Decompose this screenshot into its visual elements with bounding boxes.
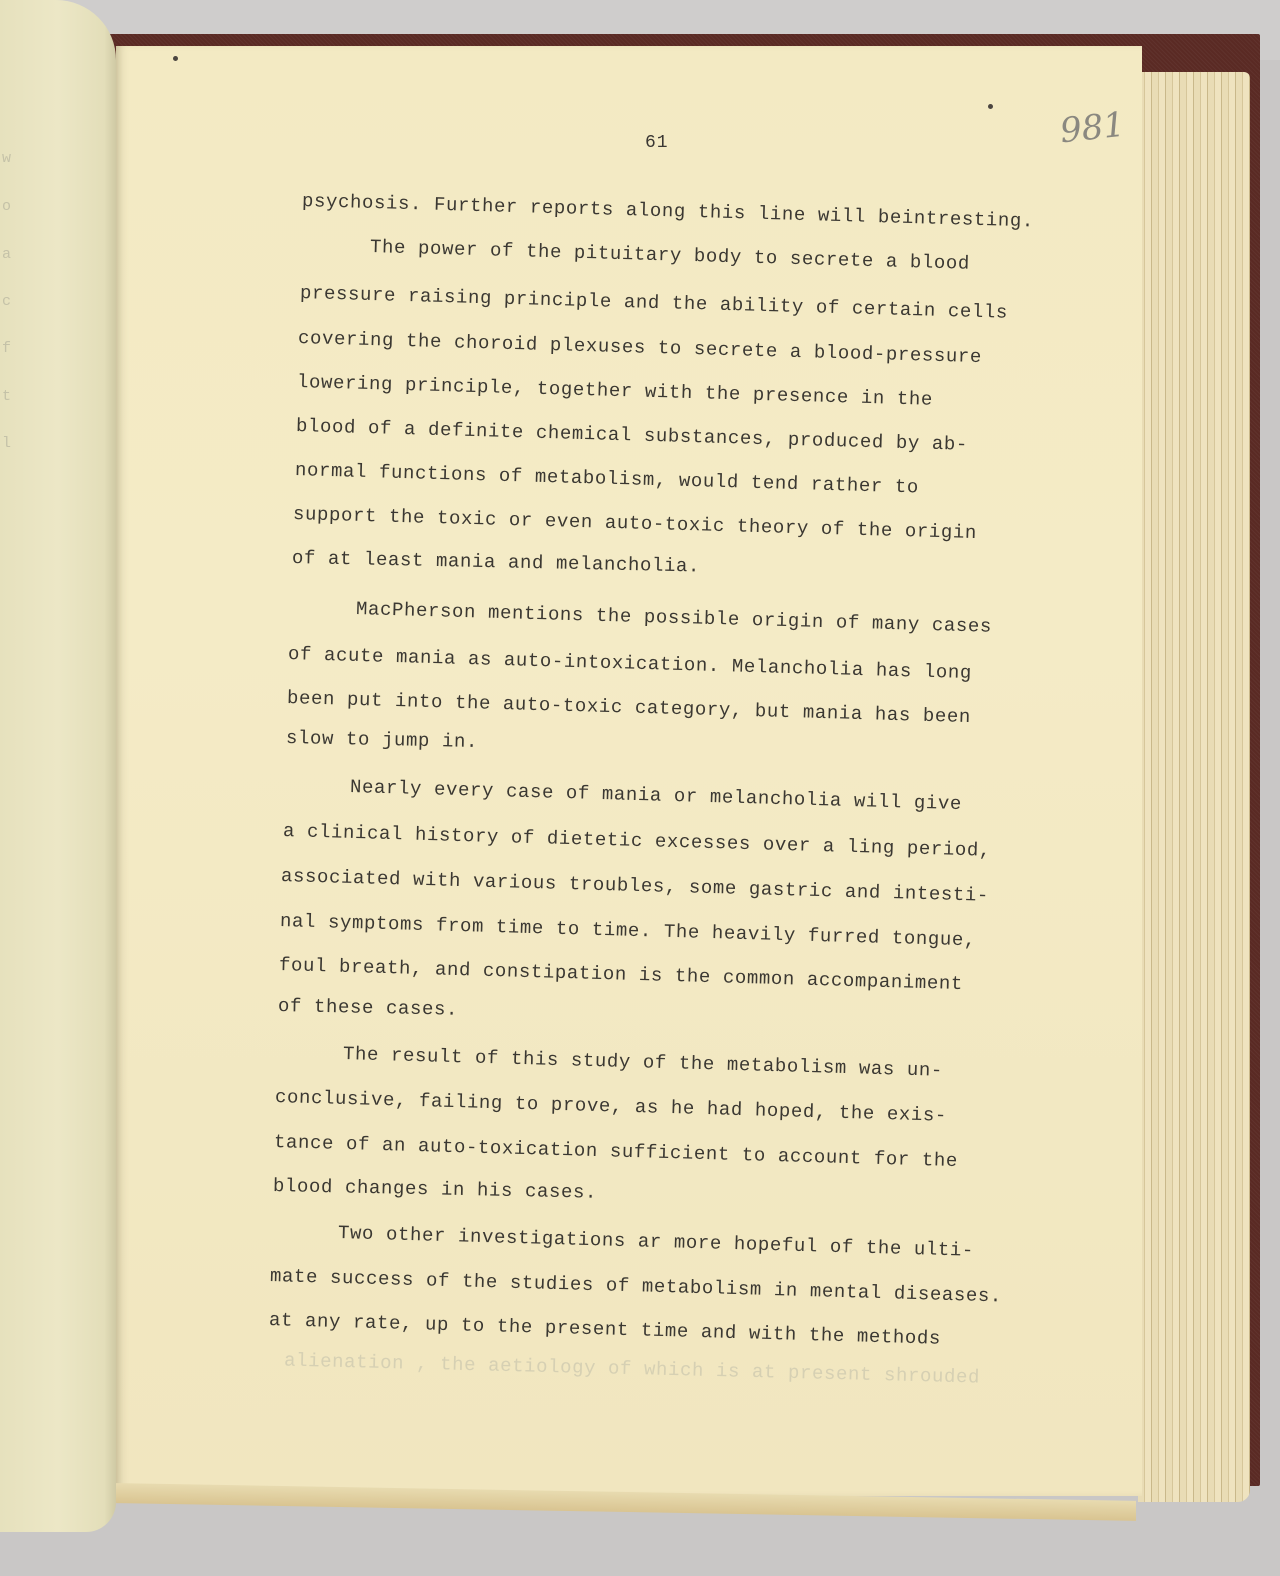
left-page: w o a c f t l [0, 0, 116, 1532]
page-number: 61 [645, 133, 669, 153]
punch-mark [173, 56, 178, 61]
punch-mark [988, 104, 993, 109]
page-stack-edges [1138, 72, 1250, 1502]
text-line: slow to jump in. [286, 727, 478, 753]
text-line: of these cases. [278, 995, 458, 1021]
handwritten-folio-number: 981 [1058, 105, 1127, 152]
